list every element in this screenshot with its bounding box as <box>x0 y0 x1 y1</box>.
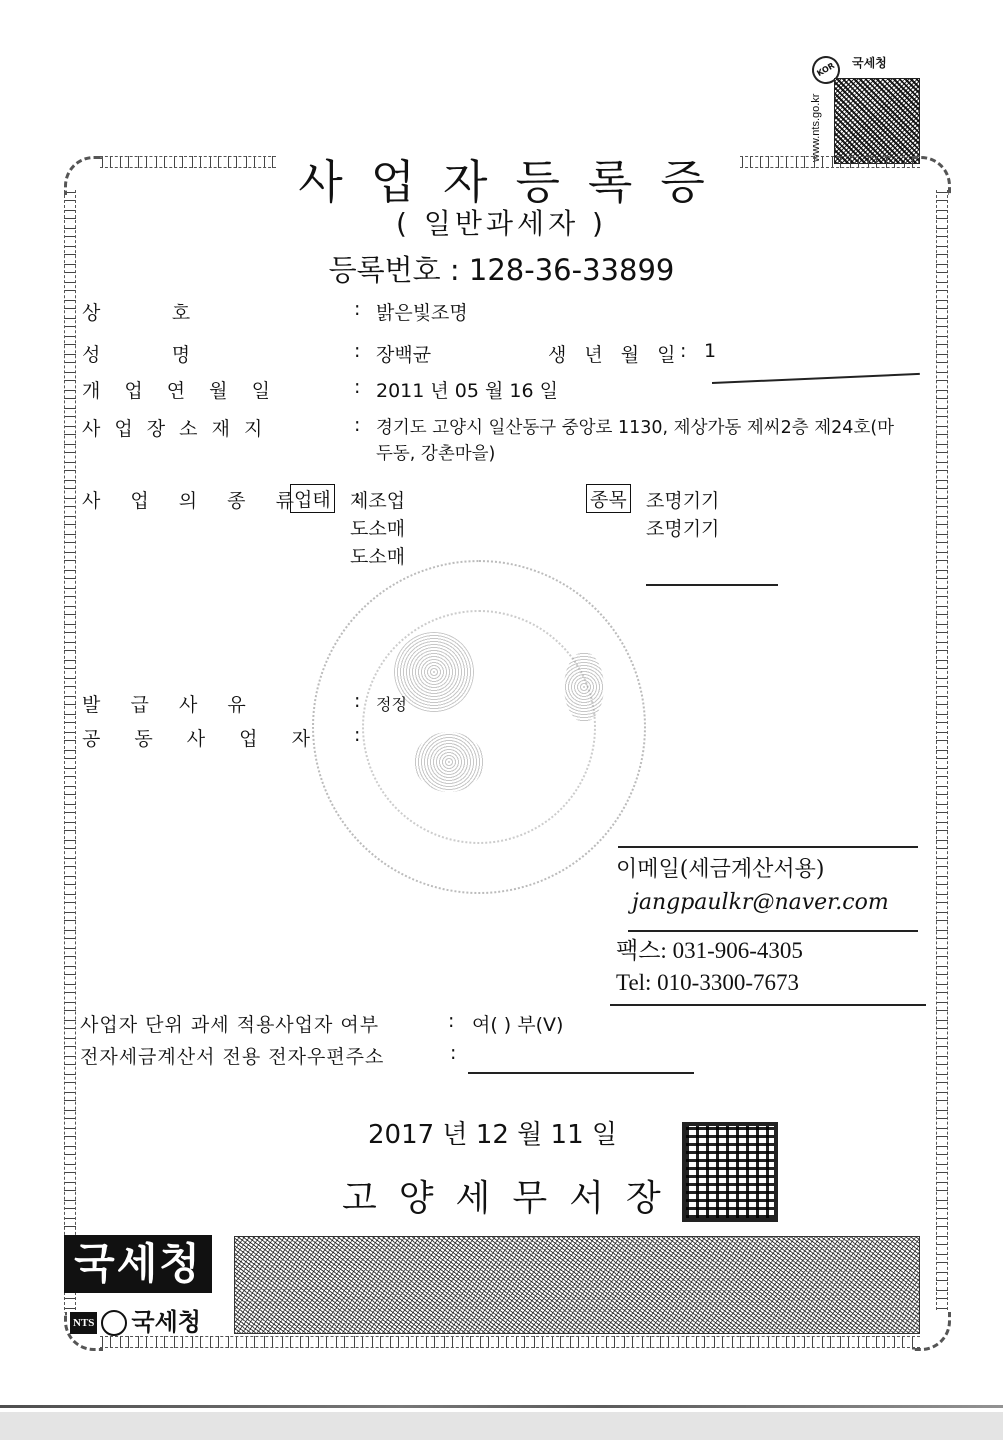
e-invoice-email-row: 전자세금계산서 전용 전자우편주소 : <box>80 1042 384 1069</box>
birth-date-label: 생 년 월 일 <box>548 340 682 367</box>
item-1: 조명기기 <box>646 486 719 513</box>
official-seal-watermark <box>312 560 646 894</box>
flower-emblem-icon <box>101 1310 127 1336</box>
category-3: 도소매 <box>350 542 405 569</box>
registration-number: 등록번호 : 128-36-33899 <box>0 248 1003 289</box>
note-email-address: jangpaulkr@naver.com <box>632 890 889 915</box>
address-value-line2: 두동, 강촌마을) <box>376 440 495 465</box>
redaction-line <box>712 373 920 384</box>
representative-row: 성 명 : 장백균 생 년 월 일 : 1 <box>82 340 722 367</box>
qr-label: 국세청 <box>852 54 887 71</box>
trade-name-value: 밝은빛조명 <box>376 298 468 325</box>
unit-taxation-row: 사업자 단위 과세 적용사업자 여부 : 여( ) 부(V) <box>80 1010 379 1037</box>
field-label: 사 업 의 종 류 <box>82 486 306 513</box>
official-stamp-icon <box>682 1122 778 1222</box>
handwritten-contact-note: 이메일(세금계산서용) jangpaulkr@naver.com 팩스: 031… <box>608 846 924 1006</box>
nts-mini-logo: NTS국세청 <box>70 1302 201 1337</box>
note-email-heading: 이메일(세금계산서용) <box>616 852 824 883</box>
issue-reason-value: 정정 <box>376 692 407 715</box>
note-tel: Tel: 010-3300-7673 <box>616 970 799 996</box>
co-owners-row: 공 동 사 업 자 : <box>82 724 324 751</box>
note-fax: 팩스: 031-906-4305 <box>616 932 803 965</box>
field-label: 개 업 연 월 일 <box>82 376 279 403</box>
address-row: 사 업 장 소 재 지 : 경기도 고양시 일산동구 중앙로 1130, 제상가… <box>82 414 266 441</box>
opening-date-row: 개 업 연 월 일 : 2011 년 05 월 16 일 <box>82 376 279 403</box>
item-2: 조명기기 <box>646 514 719 541</box>
address-value-line1: 경기도 고양시 일산동구 중앙로 1130, 제상가동 제씨2층 제24호(마 <box>376 414 894 439</box>
issuing-office: 고양세무서장 <box>342 1170 683 1221</box>
birth-date-value: 1 <box>704 340 716 362</box>
field-label: 성 명 <box>82 340 191 367</box>
field-label: 발 급 사 유 <box>82 690 249 717</box>
field-label: 전자세금계산서 전용 전자우편주소 <box>80 1042 384 1069</box>
field-label: 공 동 사 업 자 <box>82 724 324 751</box>
opening-date-value: 2011 년 05 월 16 일 <box>376 376 558 403</box>
page-edge <box>0 1405 1003 1408</box>
scanned-certificate-page: KOR 국세청 www.nts.go.kr 사업자등록증 ( 일반과세자 ) 등… <box>0 0 1003 1412</box>
taxpayer-type: ( 일반과세자 ) <box>0 202 1003 242</box>
issue-date: 2017 년 12 월 11 일 <box>368 1114 617 1151</box>
nts-name: 국세청 <box>131 1308 201 1336</box>
nts-logo: 국세청 <box>64 1235 212 1293</box>
redaction-line <box>646 584 778 586</box>
security-pattern-band <box>234 1236 920 1334</box>
issue-reason-row: 발 급 사 유 : 정정 <box>82 690 249 717</box>
nts-tag: NTS <box>70 1312 97 1334</box>
trade-name-row: 상 호 : 밝은빛조명 <box>82 298 191 325</box>
field-label: 사 업 장 소 재 지 <box>82 414 266 441</box>
item-tag: 종목 <box>586 484 631 513</box>
unit-taxation-value: 여( ) 부(V) <box>472 1010 563 1037</box>
category-tag: 업태 <box>290 484 335 513</box>
category-1: 제조업 <box>350 486 405 513</box>
field-label: 사업자 단위 과세 적용사업자 여부 <box>80 1010 379 1037</box>
business-type-row: 사 업 의 종 류 : 업태 제조업 도소매 도소매 종목 조명기기 조명기기 <box>82 486 306 513</box>
category-2: 도소매 <box>350 514 405 541</box>
field-label: 상 호 <box>82 298 191 325</box>
redaction-line <box>468 1072 694 1074</box>
representative-value: 장백균 <box>376 340 431 367</box>
